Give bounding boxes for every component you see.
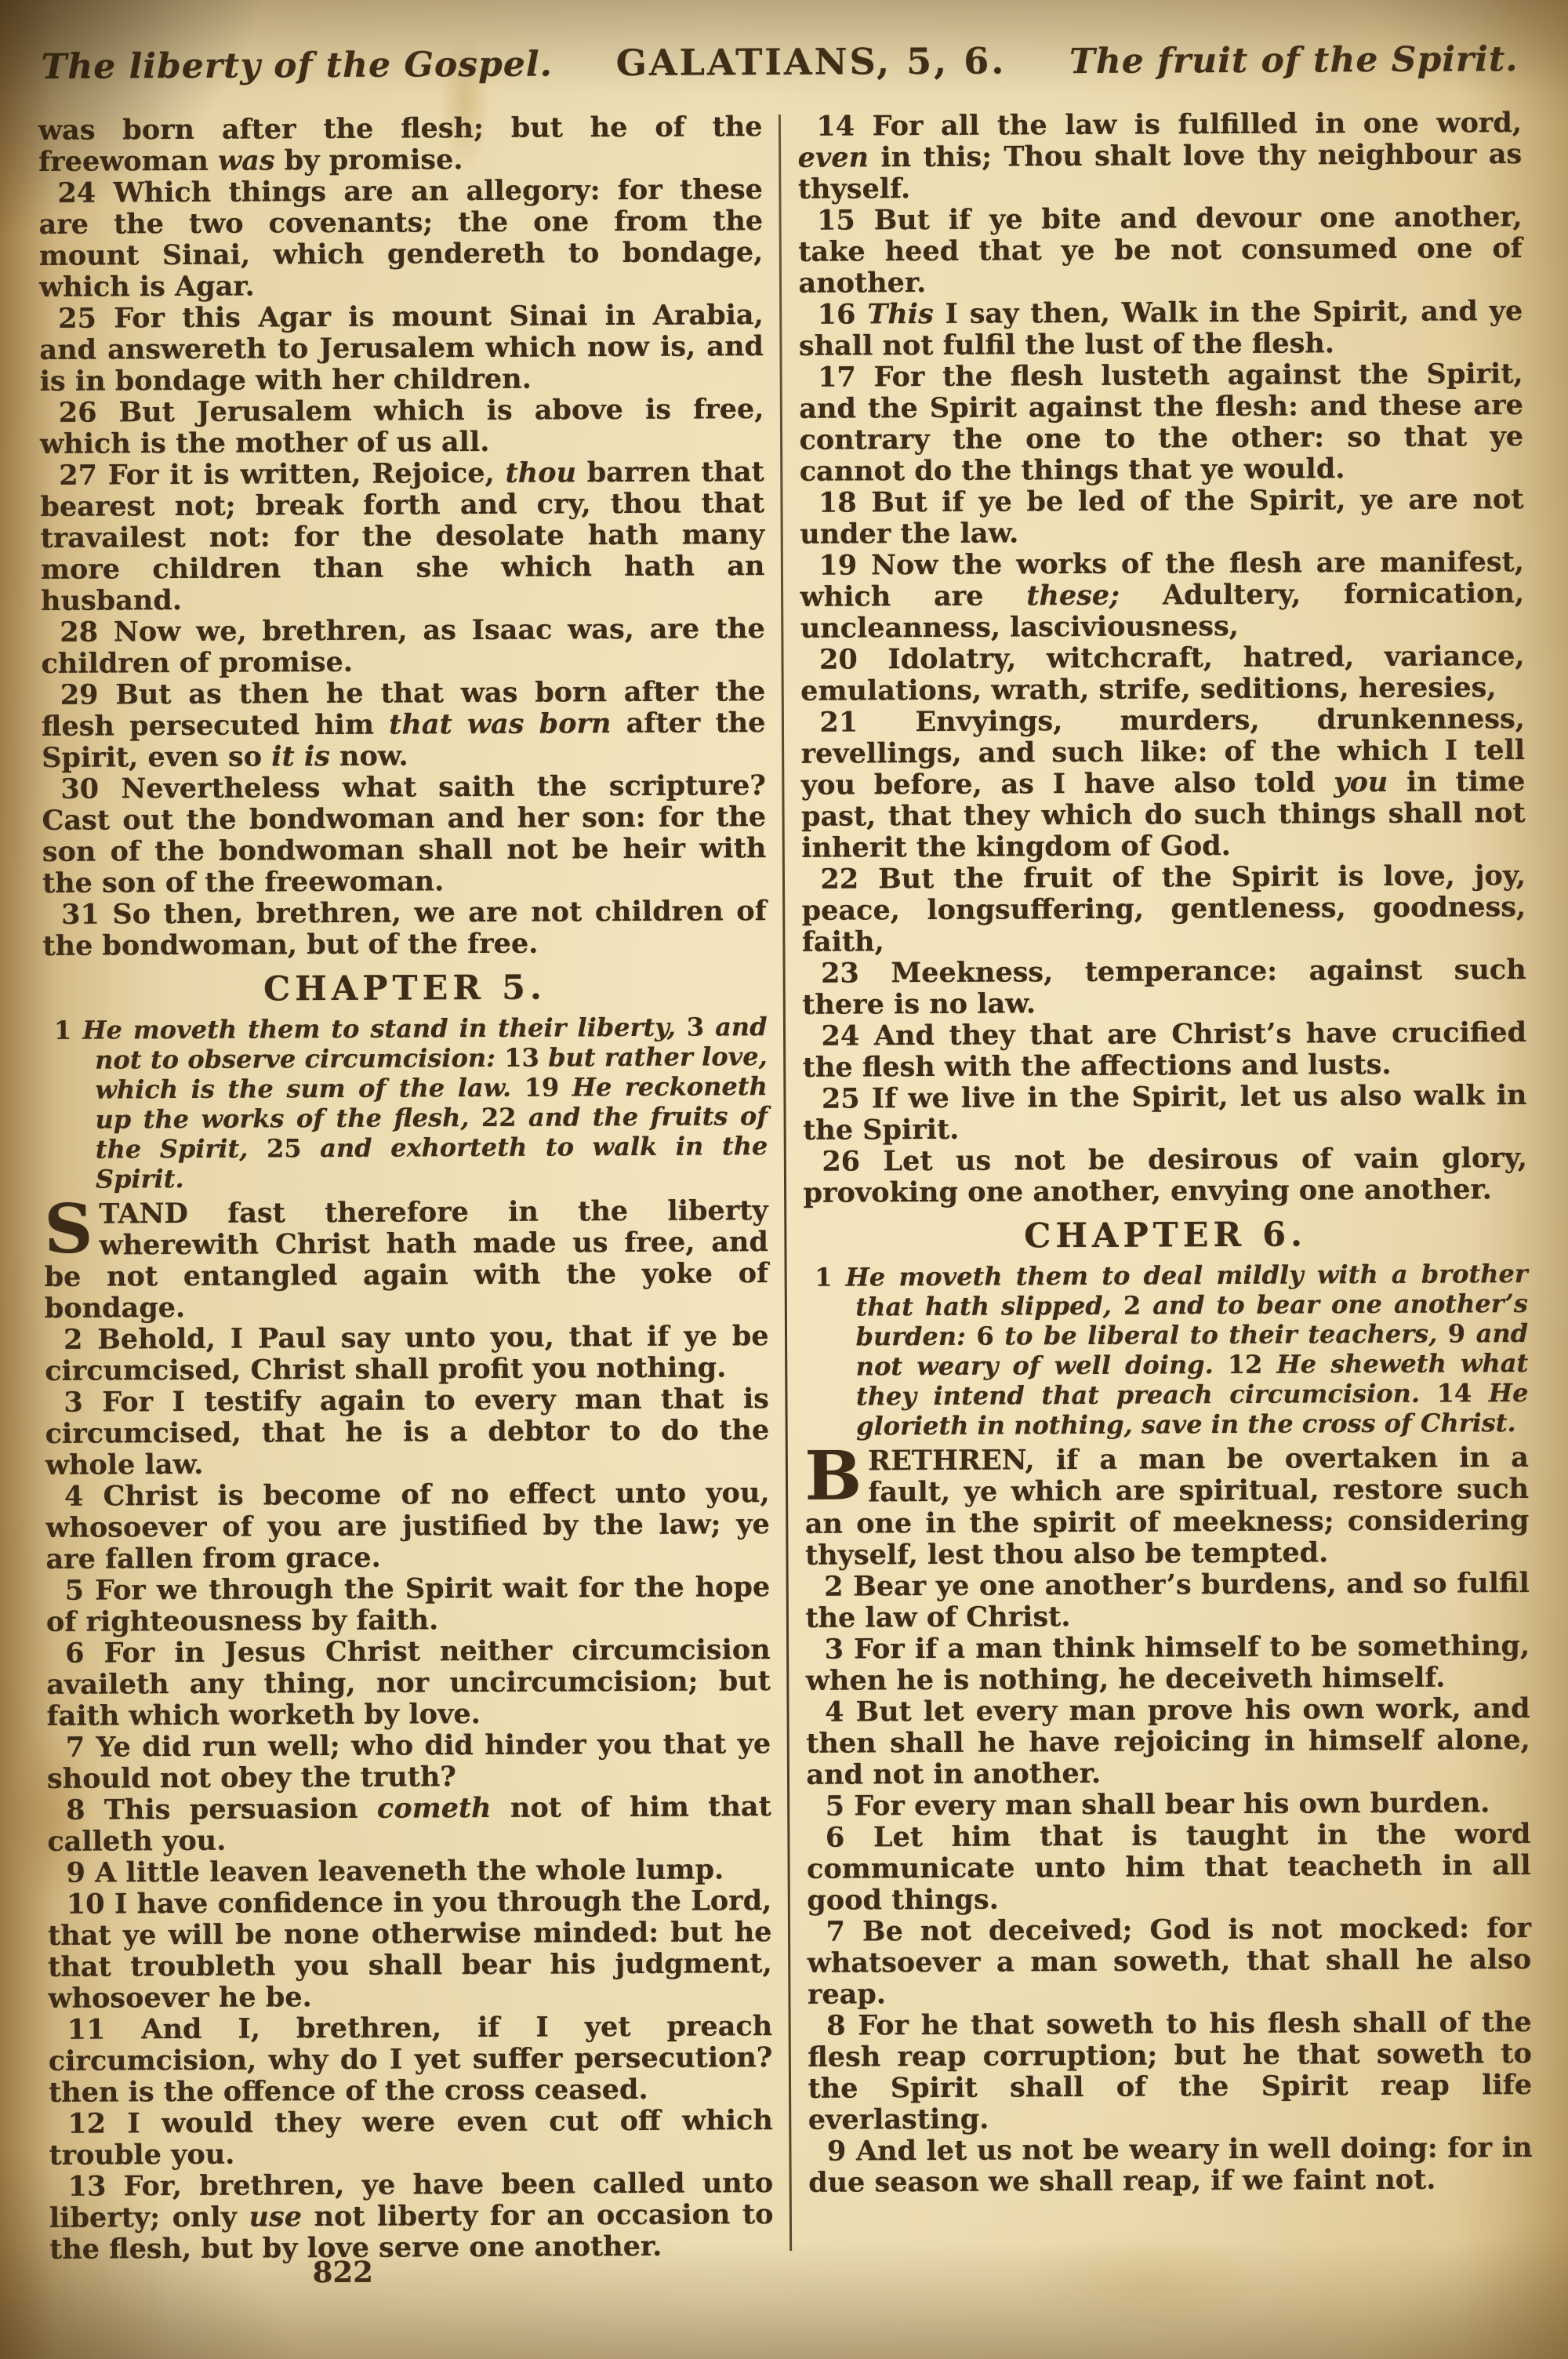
verse-paragraph: 23 Meekness, temperance: against such th… [802, 954, 1526, 1021]
scanned-bible-page: The liberty of the Gospel. GALATIANS, 5,… [0, 0, 1568, 2359]
verse-paragraph: 31 So then, brethren, we are not childre… [42, 896, 767, 962]
verse-paragraph: was born after the flesh; but he of the … [38, 111, 763, 178]
verse-paragraph: 16 This I say then, Walk in the Spirit, … [799, 296, 1523, 362]
text-columns: was born after the flesh; but he of the … [38, 107, 1533, 2266]
chapter-heading: CHAPTER 6. [804, 1218, 1528, 1253]
verse-paragraph: 13 For, brethren, ye have been called un… [49, 2168, 774, 2266]
verse-paragraph: 2 Bear ye one another’s burdens, and so … [805, 1568, 1530, 1634]
verse-paragraph: 7 Ye did run well; who did hinder you th… [47, 1728, 771, 1795]
verse-paragraph: 7 Be not deceived; God is not mocked: fo… [807, 1913, 1531, 2011]
verse-paragraph: 10 I have confidence in you through the … [48, 1885, 772, 2015]
verse-paragraph: 11 And I, brethren, if I yet preach circ… [49, 2011, 773, 2109]
verse-paragraph: 6 Let him that is taught in the word com… [807, 1819, 1531, 1917]
verse-paragraph: 14 For all the law is fulfilled in one w… [797, 107, 1522, 205]
verse-paragraph: 8 This persuasion cometh not of him that… [47, 1791, 771, 1858]
verse-paragraph: 20 Idolatry, witchcraft, hatred, varianc… [800, 641, 1525, 707]
right-column: 14 For all the law is fulfilled in one w… [780, 107, 1533, 2262]
verse-paragraph: 9 A little leaven leaveneth the whole lu… [48, 1854, 772, 1889]
verse-paragraph: 8 For he that soweth to his flesh shall … [808, 2007, 1532, 2136]
verse-paragraph: 21 Envyings, murders, drunkenness, revel… [800, 703, 1526, 864]
page-number: 822 [201, 2254, 484, 2290]
verse-paragraph: 22 But the fruit of the Spirit is love, … [801, 860, 1526, 958]
verse-paragraph: 26 But Jerusalem which is above is free,… [40, 394, 764, 460]
page-content: The liberty of the Gospel. GALATIANS, 5,… [0, 0, 1568, 2359]
verse-paragraph: 26 Let us not be desirous of vain glory,… [803, 1143, 1527, 1209]
verse-paragraph: 25 If we live in the Spirit, let us also… [803, 1080, 1527, 1147]
verse-paragraph: 24 And they that are Christ’s have cruci… [802, 1017, 1526, 1084]
verse-paragraph: 9 And let us not be weary in well doing:… [808, 2132, 1533, 2199]
verse-paragraph: 27 For it is written, Rejoice, thou barr… [40, 456, 765, 617]
verse-paragraph: 2 Behold, I Paul say unto you, that if y… [45, 1321, 769, 1387]
running-head-left: The liberty of the Gospel. [41, 45, 553, 87]
verse-paragraph: 24 Which things are an allegory: for the… [38, 174, 763, 304]
running-head: The liberty of the Gospel. GALATIANS, 5,… [41, 37, 1518, 87]
verse-paragraph: 28 Now we, brethren, as Isaac was, are t… [41, 613, 765, 680]
verse-paragraph: 18 But if ye be led of the Spirit, ye ar… [800, 484, 1524, 551]
left-column: was born after the flesh; but he of the … [38, 111, 789, 2266]
verse-paragraph: 17 For the flesh lusteth against the Spi… [799, 358, 1523, 488]
verse-paragraph: 6 For in Jesus Christ neither circumcisi… [46, 1634, 771, 1732]
verse-paragraph: 4 But let every man prove his own work, … [806, 1693, 1530, 1791]
verse-paragraph: 5 For we through the Spirit wait for the… [46, 1572, 771, 1638]
chapter-summary: 1 He moveth them to deal mildly with a b… [804, 1259, 1529, 1441]
verse-paragraph: 3 For I testify again to every man that … [45, 1383, 769, 1481]
verse-paragraph: 5 For every man shall bear his own burde… [807, 1787, 1531, 1823]
verse-paragraph: 29 But as then he that was born after th… [42, 676, 766, 774]
verse-paragraph: 30 Nevertheless what saith the scripture… [42, 770, 766, 900]
drop-cap: S [44, 1199, 99, 1256]
verse-paragraph: 25 For this Agar is mount Sinai in Arabi… [39, 300, 764, 398]
verse-paragraph: 12 I would they were even cut off which … [49, 2105, 773, 2172]
chapter-heading: CHAPTER 5. [43, 971, 768, 1006]
verse-paragraph: BRETHREN, if a man be overtaken in a fau… [804, 1442, 1529, 1572]
verse-paragraph: 3 For if a man think himself to be somet… [806, 1630, 1530, 1697]
verse-paragraph: 15 But if ye bite and devour one another… [798, 202, 1523, 300]
chapter-summary: 1 He moveth them to stand in their liber… [43, 1012, 768, 1194]
drop-cap: B [804, 1445, 868, 1502]
running-head-right: The fruit of the Spirit. [1069, 39, 1519, 82]
verse-paragraph: 4 Christ is become of no effect unto you… [45, 1478, 770, 1576]
running-head-title: GALATIANS, 5, 6. [615, 39, 1006, 84]
verse-paragraph: 19 Now the works of the flesh are manife… [800, 547, 1524, 645]
verse-paragraph: STAND fast therefore in the liberty wher… [44, 1195, 768, 1325]
